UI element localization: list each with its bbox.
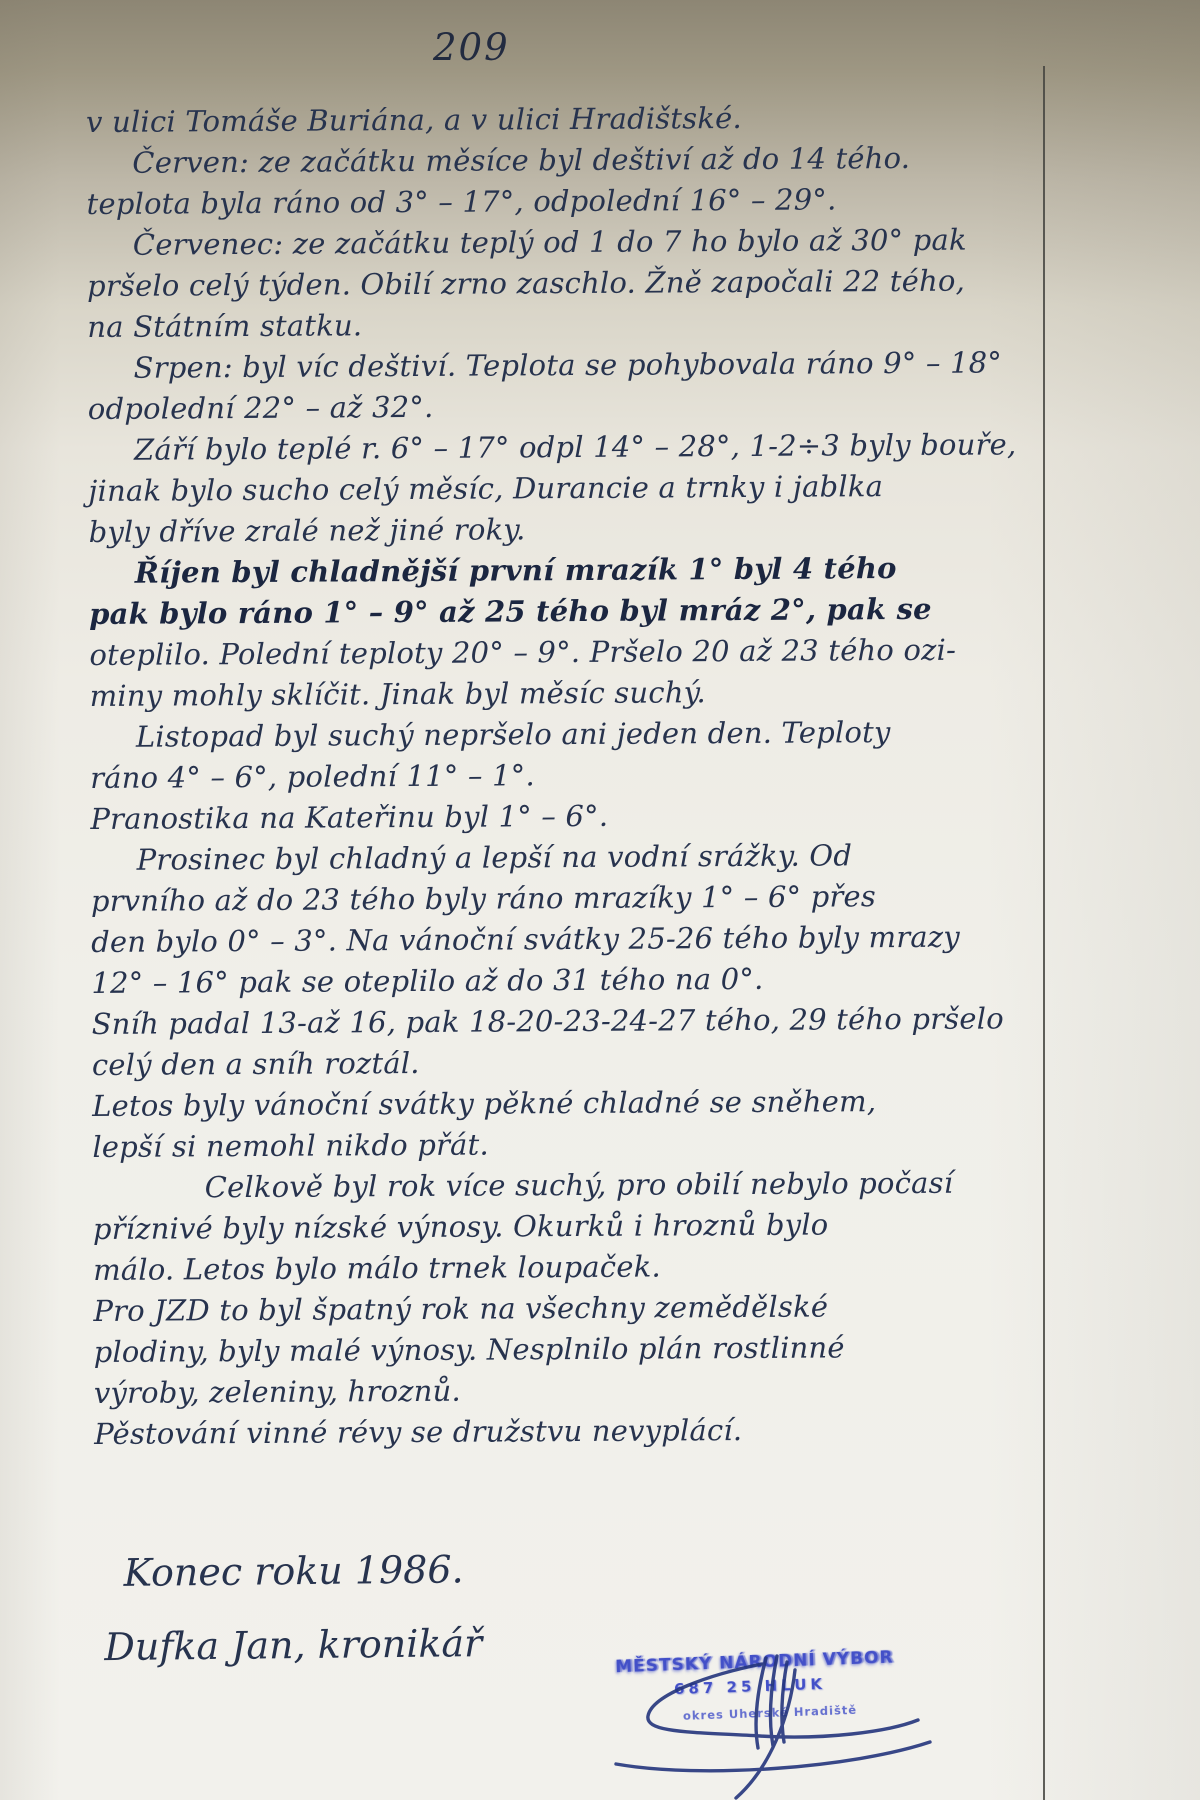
handwritten-line: den bylo 0° – 3°. Na vánoční svátky 25-2… bbox=[91, 917, 961, 963]
handwritten-line: pak bylo ráno 1° – 9° až 25 tého byl mrá… bbox=[89, 589, 959, 635]
chronicle-page: 209 v ulici Tomáše Buriána, a v ulici Hr… bbox=[0, 0, 1200, 1800]
handwritten-line: Letos byly vánoční svátky pěkné chladné … bbox=[92, 1081, 962, 1127]
handwritten-line: ráno 4° – 6°, polední 11° – 1°. bbox=[90, 753, 960, 799]
closing-year-line: Konec roku 1986. bbox=[123, 1532, 482, 1610]
handwritten-line: Listopad byl suchý nepršelo ani jeden de… bbox=[90, 712, 960, 758]
handwritten-line: teplota byla ráno od 3° – 17°, odpolední… bbox=[87, 179, 957, 225]
handwritten-line: jinak bylo sucho celý měsíc, Durancie a … bbox=[88, 466, 958, 512]
handwritten-line: pršelo celý týden. Obilí zrno zaschlo. Ž… bbox=[87, 261, 957, 307]
official-stamp: MĚSTSKÝ NÁRODNÍ VÝBOR 687 25 HLUK okres … bbox=[615, 1647, 917, 1725]
handwritten-line: celý den a sníh roztál. bbox=[92, 1040, 962, 1086]
chronicler-name-line: Dufka Jan, kronikář bbox=[104, 1606, 483, 1684]
handwritten-line: oteplilo. Polední teploty 20° – 9°. Prše… bbox=[89, 630, 959, 676]
handwritten-line: lepší si nemohl nikdo přát. bbox=[92, 1122, 962, 1168]
handwritten-line: prvního až do 23 tého byly ráno mrazíky … bbox=[91, 876, 961, 922]
handwritten-line: Červenec: ze začátku teplý od 1 do 7 ho … bbox=[87, 220, 957, 266]
page-number: 209 bbox=[433, 26, 510, 69]
handwritten-line: miny mohly sklíčit. Jinak byl měsíc such… bbox=[90, 671, 960, 717]
handwritten-line: Celkově byl rok více suchý, pro obilí ne… bbox=[93, 1163, 963, 1209]
handwritten-line: Září bylo teplé r. 6° – 17° odpl 14° – 2… bbox=[88, 425, 958, 471]
handwritten-line: Červen: ze začátku měsíce byl deštiví až… bbox=[86, 138, 956, 184]
handwritten-line: příznivé byly nízské výnosy. Okurků i hr… bbox=[93, 1204, 963, 1250]
handwritten-line: Říjen byl chladnější první mrazík 1° byl… bbox=[89, 548, 959, 594]
handwritten-line: Prosinec byl chladný a lepší na vodní sr… bbox=[91, 835, 961, 881]
margin-rule-line bbox=[1043, 66, 1045, 1800]
handwritten-line: 12° – 16° pak se oteplilo až do 31 tého … bbox=[91, 958, 961, 1004]
handwritten-line: Sníh padal 13-až 16, pak 18-20-23-24-27 … bbox=[92, 999, 962, 1045]
closing-block: Konec roku 1986. Dufka Jan, kronikář bbox=[123, 1532, 482, 1684]
handwritten-line: odpolední 22° – až 32°. bbox=[88, 384, 958, 430]
handwritten-line: Srpen: byl víc deštiví. Teplota se pohyb… bbox=[88, 343, 958, 389]
handwritten-line: byly dříve zralé než jiné roky. bbox=[89, 507, 959, 553]
stamp-district-line: okres Uherské Hradiště bbox=[683, 1701, 917, 1723]
handwritten-line: Pro JZD to byl špatný rok na všechny zem… bbox=[93, 1286, 963, 1332]
handwritten-line: v ulici Tomáše Buriána, a v ulici Hradiš… bbox=[86, 97, 956, 143]
stamp-town-line: 687 25 HLUK bbox=[674, 1672, 916, 1698]
handwritten-line: Pěstování vinné révy se družstvu nevyplá… bbox=[94, 1409, 964, 1455]
handwritten-line: plodiny, byly malé výnosy. Nesplnilo plá… bbox=[94, 1327, 964, 1373]
handwritten-line: Pranostika na Kateřinu byl 1° – 6°. bbox=[90, 794, 960, 840]
handwritten-line: málo. Letos bylo málo trnek loupaček. bbox=[93, 1245, 963, 1291]
handwritten-line: výroby, zeleniny, hroznů. bbox=[94, 1368, 964, 1414]
handwritten-text-block: v ulici Tomáše Buriána, a v ulici Hradiš… bbox=[86, 97, 964, 1455]
handwritten-line: na Státním statku. bbox=[87, 302, 957, 348]
